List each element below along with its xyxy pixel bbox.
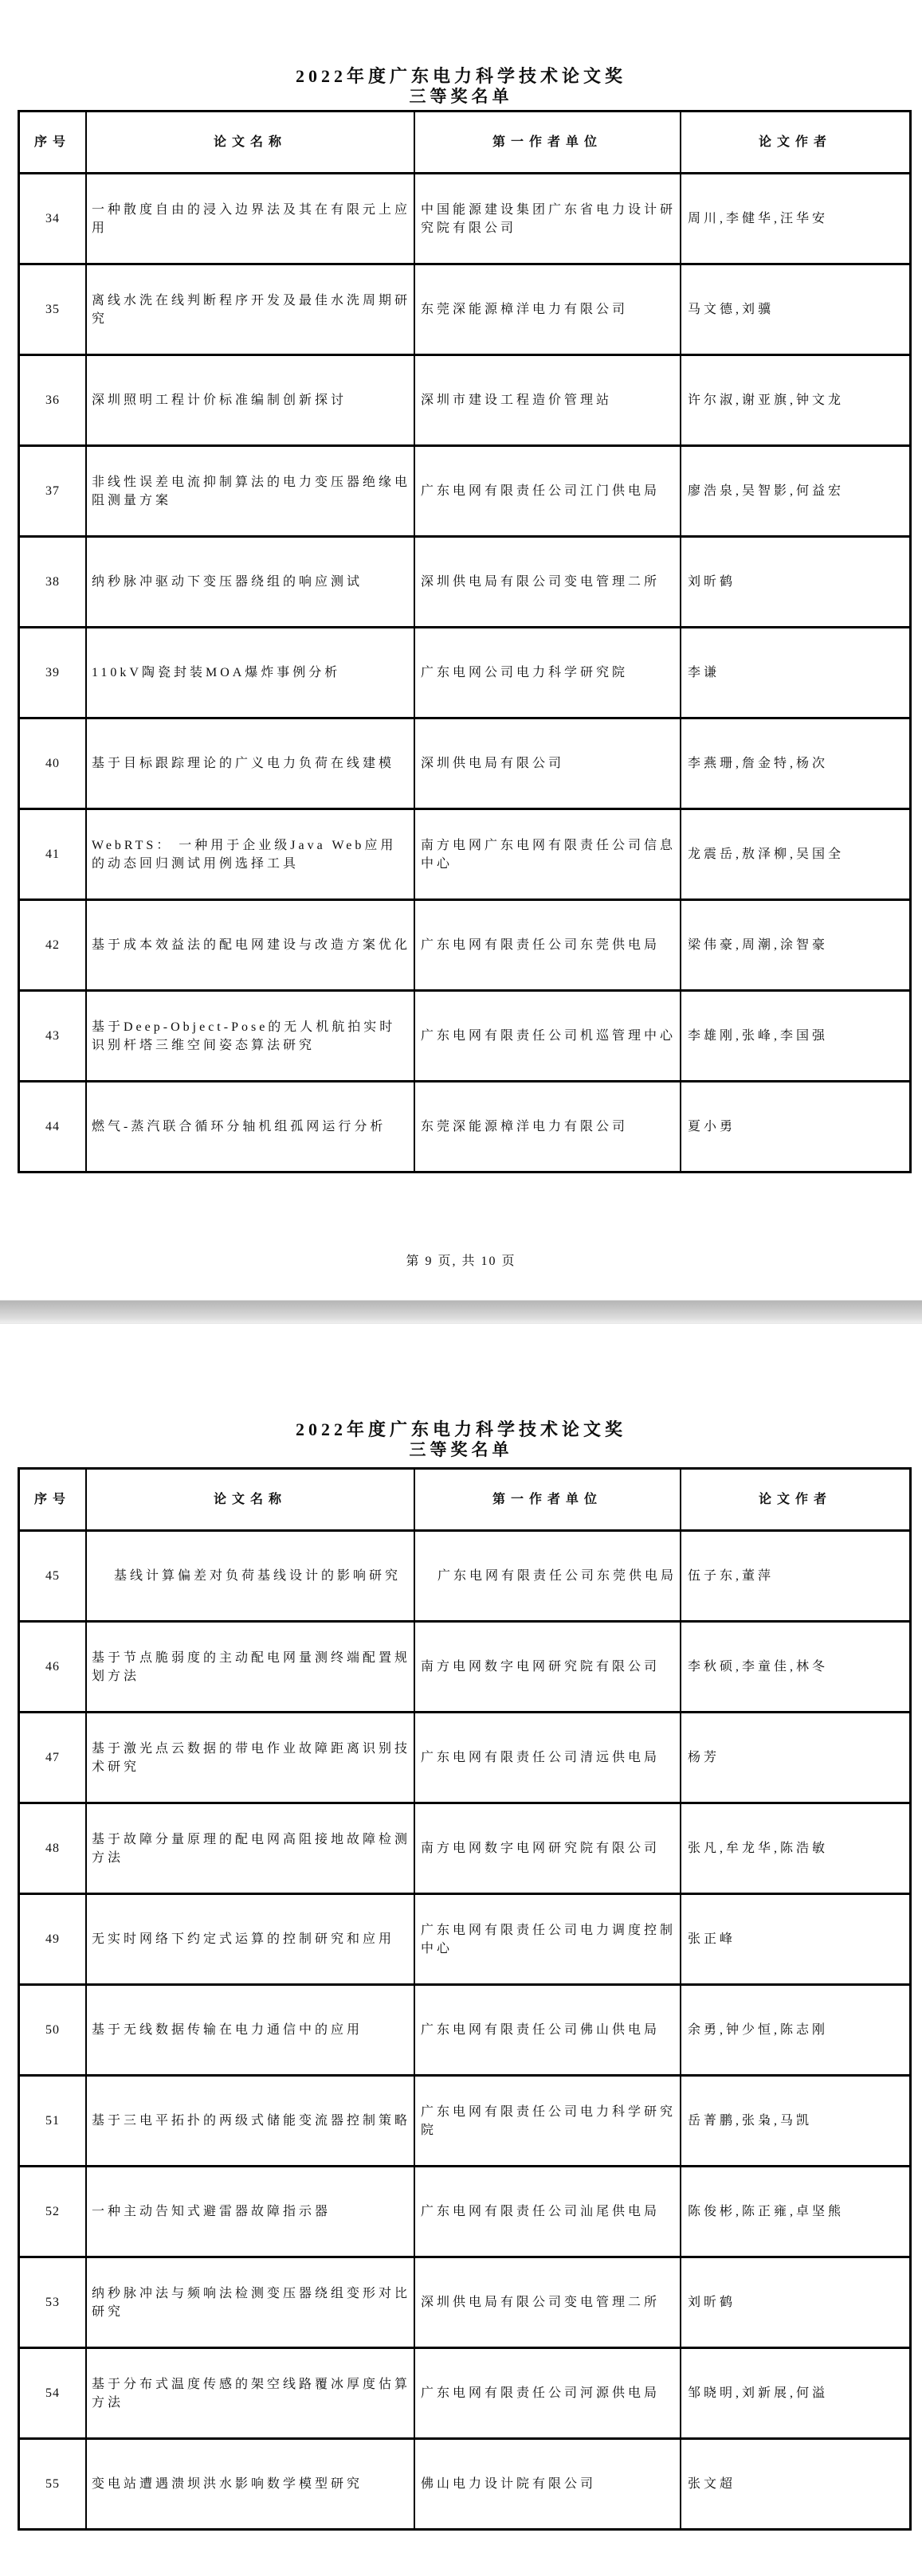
paper-title-cell: 110kV陶瓷封装MOA爆炸事例分析: [85, 628, 414, 717]
column-header: 序号: [20, 112, 85, 172]
row-number-cell: 34: [20, 174, 85, 263]
table-row: 46 基于节点脆弱度的主动配电网量测终端配置规划方法 南方电网数字电网研究院有限…: [20, 1620, 909, 1711]
row-number-cell: 43: [20, 992, 85, 1080]
paper-authors-cell: 刘昕鹤: [680, 538, 909, 626]
row-number-cell: 45: [20, 1532, 85, 1620]
doc-title: 2022年度广东电力科学技术论文奖: [0, 1324, 922, 1439]
row-number-cell: 42: [20, 901, 85, 989]
table-row: 43 基于Deep-Object-Pose的无人机航拍实时识别杆塔三维空间姿态算…: [20, 989, 909, 1080]
paper-title-cell: 基于节点脆弱度的主动配电网量测终端配置规划方法: [85, 1623, 414, 1711]
paper-title-cell: 变电站遭遇溃坝洪水影响数学模型研究: [85, 2440, 414, 2528]
table-row: 53 纳秒脉冲法与频响法检测变压器绕组变形对比研究 深圳供电局有限公司变电管理二…: [20, 2256, 909, 2347]
paper-title-cell: 燃气-蒸汽联合循环分轴机组孤网运行分析: [85, 1082, 414, 1171]
first-author-org-cell: 广东电网有限责任公司东莞供电局: [414, 901, 680, 989]
paper-authors-cell: 龙震岳,敖泽柳,吴国全: [680, 810, 909, 898]
paper-authors-cell: 余勇,钟少恒,陈志刚: [680, 1986, 909, 2074]
table-row: 52 一种主动告知式避雷器故障指示器 广东电网有限责任公司汕尾供电局 陈俊彬,陈…: [20, 2165, 909, 2256]
table-header-row: 序号论文名称第一作者单位论文作者: [20, 112, 909, 172]
row-number-cell: 50: [20, 1986, 85, 2074]
row-number-cell: 46: [20, 1623, 85, 1711]
paper-authors-cell: 周川,李健华,汪华安: [680, 174, 909, 263]
paper-title-cell: 基于Deep-Object-Pose的无人机航拍实时识别杆塔三维空间姿态算法研究: [85, 992, 414, 1080]
paper-authors-cell: 张文超: [680, 2440, 909, 2528]
table-row: 48 基于故障分量原理的配电网高阻接地故障检测方法 南方电网数字电网研究院有限公…: [20, 1802, 909, 1893]
table-row: 40 基于目标跟踪理论的广义电力负荷在线建模 深圳供电局有限公司 李燕珊,詹金特…: [20, 717, 909, 808]
table-row: 44 燃气-蒸汽联合循环分轴机组孤网运行分析 东莞深能源樟洋电力有限公司 夏小勇: [20, 1080, 909, 1171]
paper-authors-cell: 张凡,牟龙华,陈浩敏: [680, 1804, 909, 1893]
table-row: 49 无实时网络下约定式运算的控制研究和应用 广东电网有限责任公司电力调度控制中…: [20, 1893, 909, 1983]
paper-authors-cell: 马文德,刘骥: [680, 265, 909, 354]
table-row: 37 非线性误差电流抑制算法的电力变压器绝缘电阻测量方案 广东电网有限责任公司江…: [20, 444, 909, 535]
paper-authors-cell: 许尔淑,谢亚旗,钟文龙: [680, 356, 909, 444]
row-number-cell: 44: [20, 1082, 85, 1171]
row-number-cell: 47: [20, 1713, 85, 1802]
first-author-org-cell: 广东电网公司电力科学研究院: [414, 628, 680, 717]
paper-authors-cell: 梁伟豪,周潮,涂智豪: [680, 901, 909, 989]
paper-authors-cell: 伍子东,董萍: [680, 1532, 909, 1620]
paper-title-cell: 纳秒脉冲法与频响法检测变压器绕组变形对比研究: [85, 2258, 414, 2347]
paper-authors-cell: 李燕珊,詹金特,杨次: [680, 719, 909, 808]
first-author-org-cell: 广东电网有限责任公司汕尾供电局: [414, 2167, 680, 2256]
first-author-org-cell: 南方电网数字电网研究院有限公司: [414, 1623, 680, 1711]
paper-title-cell: 非线性误差电流抑制算法的电力变压器绝缘电阻测量方案: [85, 447, 414, 535]
row-number-cell: 40: [20, 719, 85, 808]
awards-table-page-2: 序号论文名称第一作者单位论文作者 45 基线计算偏差对负荷基线设计的影响研究 广…: [18, 1467, 912, 2531]
paper-title-cell: 基于激光点云数据的带电作业故障距离识别技术研究: [85, 1713, 414, 1802]
column-header: 论文作者: [680, 112, 909, 172]
column-header: 第一作者单位: [414, 112, 680, 172]
table-row: 35 离线水洗在线判断程序开发及最佳水洗周期研究 东莞深能源樟洋电力有限公司 马…: [20, 263, 909, 354]
table-header-row: 序号论文名称第一作者单位论文作者: [20, 1470, 909, 1529]
column-header: 论文名称: [85, 1470, 414, 1529]
first-author-org-cell: 广东电网有限责任公司电力科学研究院: [414, 2077, 680, 2165]
awards-table-page-1: 序号论文名称第一作者单位论文作者 34 一种散度自由的浸入边界法及其在有限元上应…: [18, 110, 912, 1173]
row-number-cell: 52: [20, 2167, 85, 2256]
paper-title-cell: 基线计算偏差对负荷基线设计的影响研究: [85, 1532, 414, 1620]
row-number-cell: 54: [20, 2349, 85, 2437]
paper-title-cell: WebRTS： 一种用于企业级Java Web应用的动态回归测试用例选择工具: [85, 810, 414, 898]
paper-authors-cell: 张正峰: [680, 1895, 909, 1983]
paper-title-cell: 一种主动告知式避雷器故障指示器: [85, 2167, 414, 2256]
table-row: 38 纳秒脉冲驱动下变压器绕组的响应测试 深圳供电局有限公司变电管理二所 刘昕鹤: [20, 535, 909, 626]
column-header: 论文名称: [85, 112, 414, 172]
first-author-org-cell: 广东电网有限责任公司东莞供电局: [414, 1532, 680, 1620]
column-header: 论文作者: [680, 1470, 909, 1529]
row-number-cell: 48: [20, 1804, 85, 1893]
first-author-org-cell: 南方电网数字电网研究院有限公司: [414, 1804, 680, 1893]
table-row: 36 深圳照明工程计价标准编制创新探讨 深圳市建设工程造价管理站 许尔淑,谢亚旗…: [20, 354, 909, 444]
table-row: 51 基于三电平拓扑的两级式储能变流器控制策略 广东电网有限责任公司电力科学研究…: [20, 2074, 909, 2165]
first-author-org-cell: 广东电网有限责任公司机巡管理中心: [414, 992, 680, 1080]
row-number-cell: 55: [20, 2440, 85, 2528]
row-number-cell: 41: [20, 810, 85, 898]
first-author-org-cell: 广东电网有限责任公司清远供电局: [414, 1713, 680, 1802]
paper-title-cell: 无实时网络下约定式运算的控制研究和应用: [85, 1895, 414, 1983]
paper-authors-cell: 李谦: [680, 628, 909, 717]
row-number-cell: 36: [20, 356, 85, 444]
table-row: 50 基于无线数据传输在电力通信中的应用 广东电网有限责任公司佛山供电局 余勇,…: [20, 1983, 909, 2074]
doc-title: 2022年度广东电力科学技术论文奖: [0, 0, 922, 86]
paper-authors-cell: 杨芳: [680, 1713, 909, 1802]
paper-title-cell: 基于分布式温度传感的架空线路覆冰厚度估算方法: [85, 2349, 414, 2437]
row-number-cell: 51: [20, 2077, 85, 2165]
paper-authors-cell: 李秋硕,李童佳,林冬: [680, 1623, 909, 1711]
paper-authors-cell: 邹晓明,刘新展,何溢: [680, 2349, 909, 2437]
first-author-org-cell: 佛山电力设计院有限公司: [414, 2440, 680, 2528]
paper-title-cell: 深圳照明工程计价标准编制创新探讨: [85, 356, 414, 444]
first-author-org-cell: 东莞深能源樟洋电力有限公司: [414, 265, 680, 354]
paper-authors-cell: 李雄刚,张峰,李国强: [680, 992, 909, 1080]
row-number-cell: 49: [20, 1895, 85, 1983]
paper-authors-cell: 陈俊彬,陈正雍,卓坚熊: [680, 2167, 909, 2256]
first-author-org-cell: 广东电网有限责任公司佛山供电局: [414, 1986, 680, 2074]
column-header: 序号: [20, 1470, 85, 1529]
first-author-org-cell: 南方电网广东电网有限责任公司信息中心: [414, 810, 680, 898]
first-author-org-cell: 中国能源建设集团广东省电力设计研究院有限公司: [414, 174, 680, 263]
column-header: 第一作者单位: [414, 1470, 680, 1529]
first-author-org-cell: 深圳市建设工程造价管理站: [414, 356, 680, 444]
paper-title-cell: 离线水洗在线判断程序开发及最佳水洗周期研究: [85, 265, 414, 354]
page-footer: 第 9 页, 共 10 页: [0, 1251, 922, 1269]
first-author-org-cell: 广东电网有限责任公司河源供电局: [414, 2349, 680, 2437]
paper-authors-cell: 刘昕鹤: [680, 2258, 909, 2347]
paper-authors-cell: 夏小勇: [680, 1082, 909, 1171]
first-author-org-cell: 深圳供电局有限公司变电管理二所: [414, 538, 680, 626]
table-row: 55 变电站遭遇溃坝洪水影响数学模型研究 佛山电力设计院有限公司 张文超: [20, 2437, 909, 2528]
first-author-org-cell: 深圳供电局有限公司变电管理二所: [414, 2258, 680, 2347]
doc-subtitle: 三等奖名单: [0, 1440, 922, 1459]
table-row: 47 基于激光点云数据的带电作业故障距离识别技术研究 广东电网有限责任公司清远供…: [20, 1711, 909, 1802]
table-row: 41 WebRTS： 一种用于企业级Java Web应用的动态回归测试用例选择工…: [20, 808, 909, 898]
row-number-cell: 37: [20, 447, 85, 535]
first-author-org-cell: 东莞深能源樟洋电力有限公司: [414, 1082, 680, 1171]
row-number-cell: 35: [20, 265, 85, 354]
paper-title-cell: 基于三电平拓扑的两级式储能变流器控制策略: [85, 2077, 414, 2165]
table-row: 42 基于成本效益法的配电网建设与改造方案优化 广东电网有限责任公司东莞供电局 …: [20, 898, 909, 989]
document-viewport: 2022年度广东电力科学技术论文奖 三等奖名单 序号论文名称第一作者单位论文作者…: [0, 0, 922, 2576]
row-number-cell: 53: [20, 2258, 85, 2347]
document-page-1: 2022年度广东电力科学技术论文奖 三等奖名单 序号论文名称第一作者单位论文作者…: [0, 0, 922, 1300]
paper-title-cell: 纳秒脉冲驱动下变压器绕组的响应测试: [85, 538, 414, 626]
paper-authors-cell: 廖浩泉,吴智影,何益宏: [680, 447, 909, 535]
table-row: 45 基线计算偏差对负荷基线设计的影响研究 广东电网有限责任公司东莞供电局 伍子…: [20, 1529, 909, 1620]
row-number-cell: 39: [20, 628, 85, 717]
paper-title-cell: 基于目标跟踪理论的广义电力负荷在线建模: [85, 719, 414, 808]
first-author-org-cell: 广东电网有限责任公司江门供电局: [414, 447, 680, 535]
table-row: 54 基于分布式温度传感的架空线路覆冰厚度估算方法 广东电网有限责任公司河源供电…: [20, 2347, 909, 2437]
table-row: 34 一种散度自由的浸入边界法及其在有限元上应用 中国能源建设集团广东省电力设计…: [20, 172, 909, 263]
paper-title-cell: 基于成本效益法的配电网建设与改造方案优化: [85, 901, 414, 989]
first-author-org-cell: 广东电网有限责任公司电力调度控制中心: [414, 1895, 680, 1983]
paper-title-cell: 基于无线数据传输在电力通信中的应用: [85, 1986, 414, 2074]
paper-authors-cell: 岳菁鹏,张枭,马凯: [680, 2077, 909, 2165]
page-separator: [0, 1300, 922, 1324]
paper-title-cell: 基于故障分量原理的配电网高阻接地故障检测方法: [85, 1804, 414, 1893]
first-author-org-cell: 深圳供电局有限公司: [414, 719, 680, 808]
document-page-2: 2022年度广东电力科学技术论文奖 三等奖名单 序号论文名称第一作者单位论文作者…: [0, 1324, 922, 2576]
table-row: 39 110kV陶瓷封装MOA爆炸事例分析 广东电网公司电力科学研究院 李谦: [20, 626, 909, 717]
paper-title-cell: 一种散度自由的浸入边界法及其在有限元上应用: [85, 174, 414, 263]
row-number-cell: 38: [20, 538, 85, 626]
doc-subtitle: 三等奖名单: [0, 87, 922, 106]
